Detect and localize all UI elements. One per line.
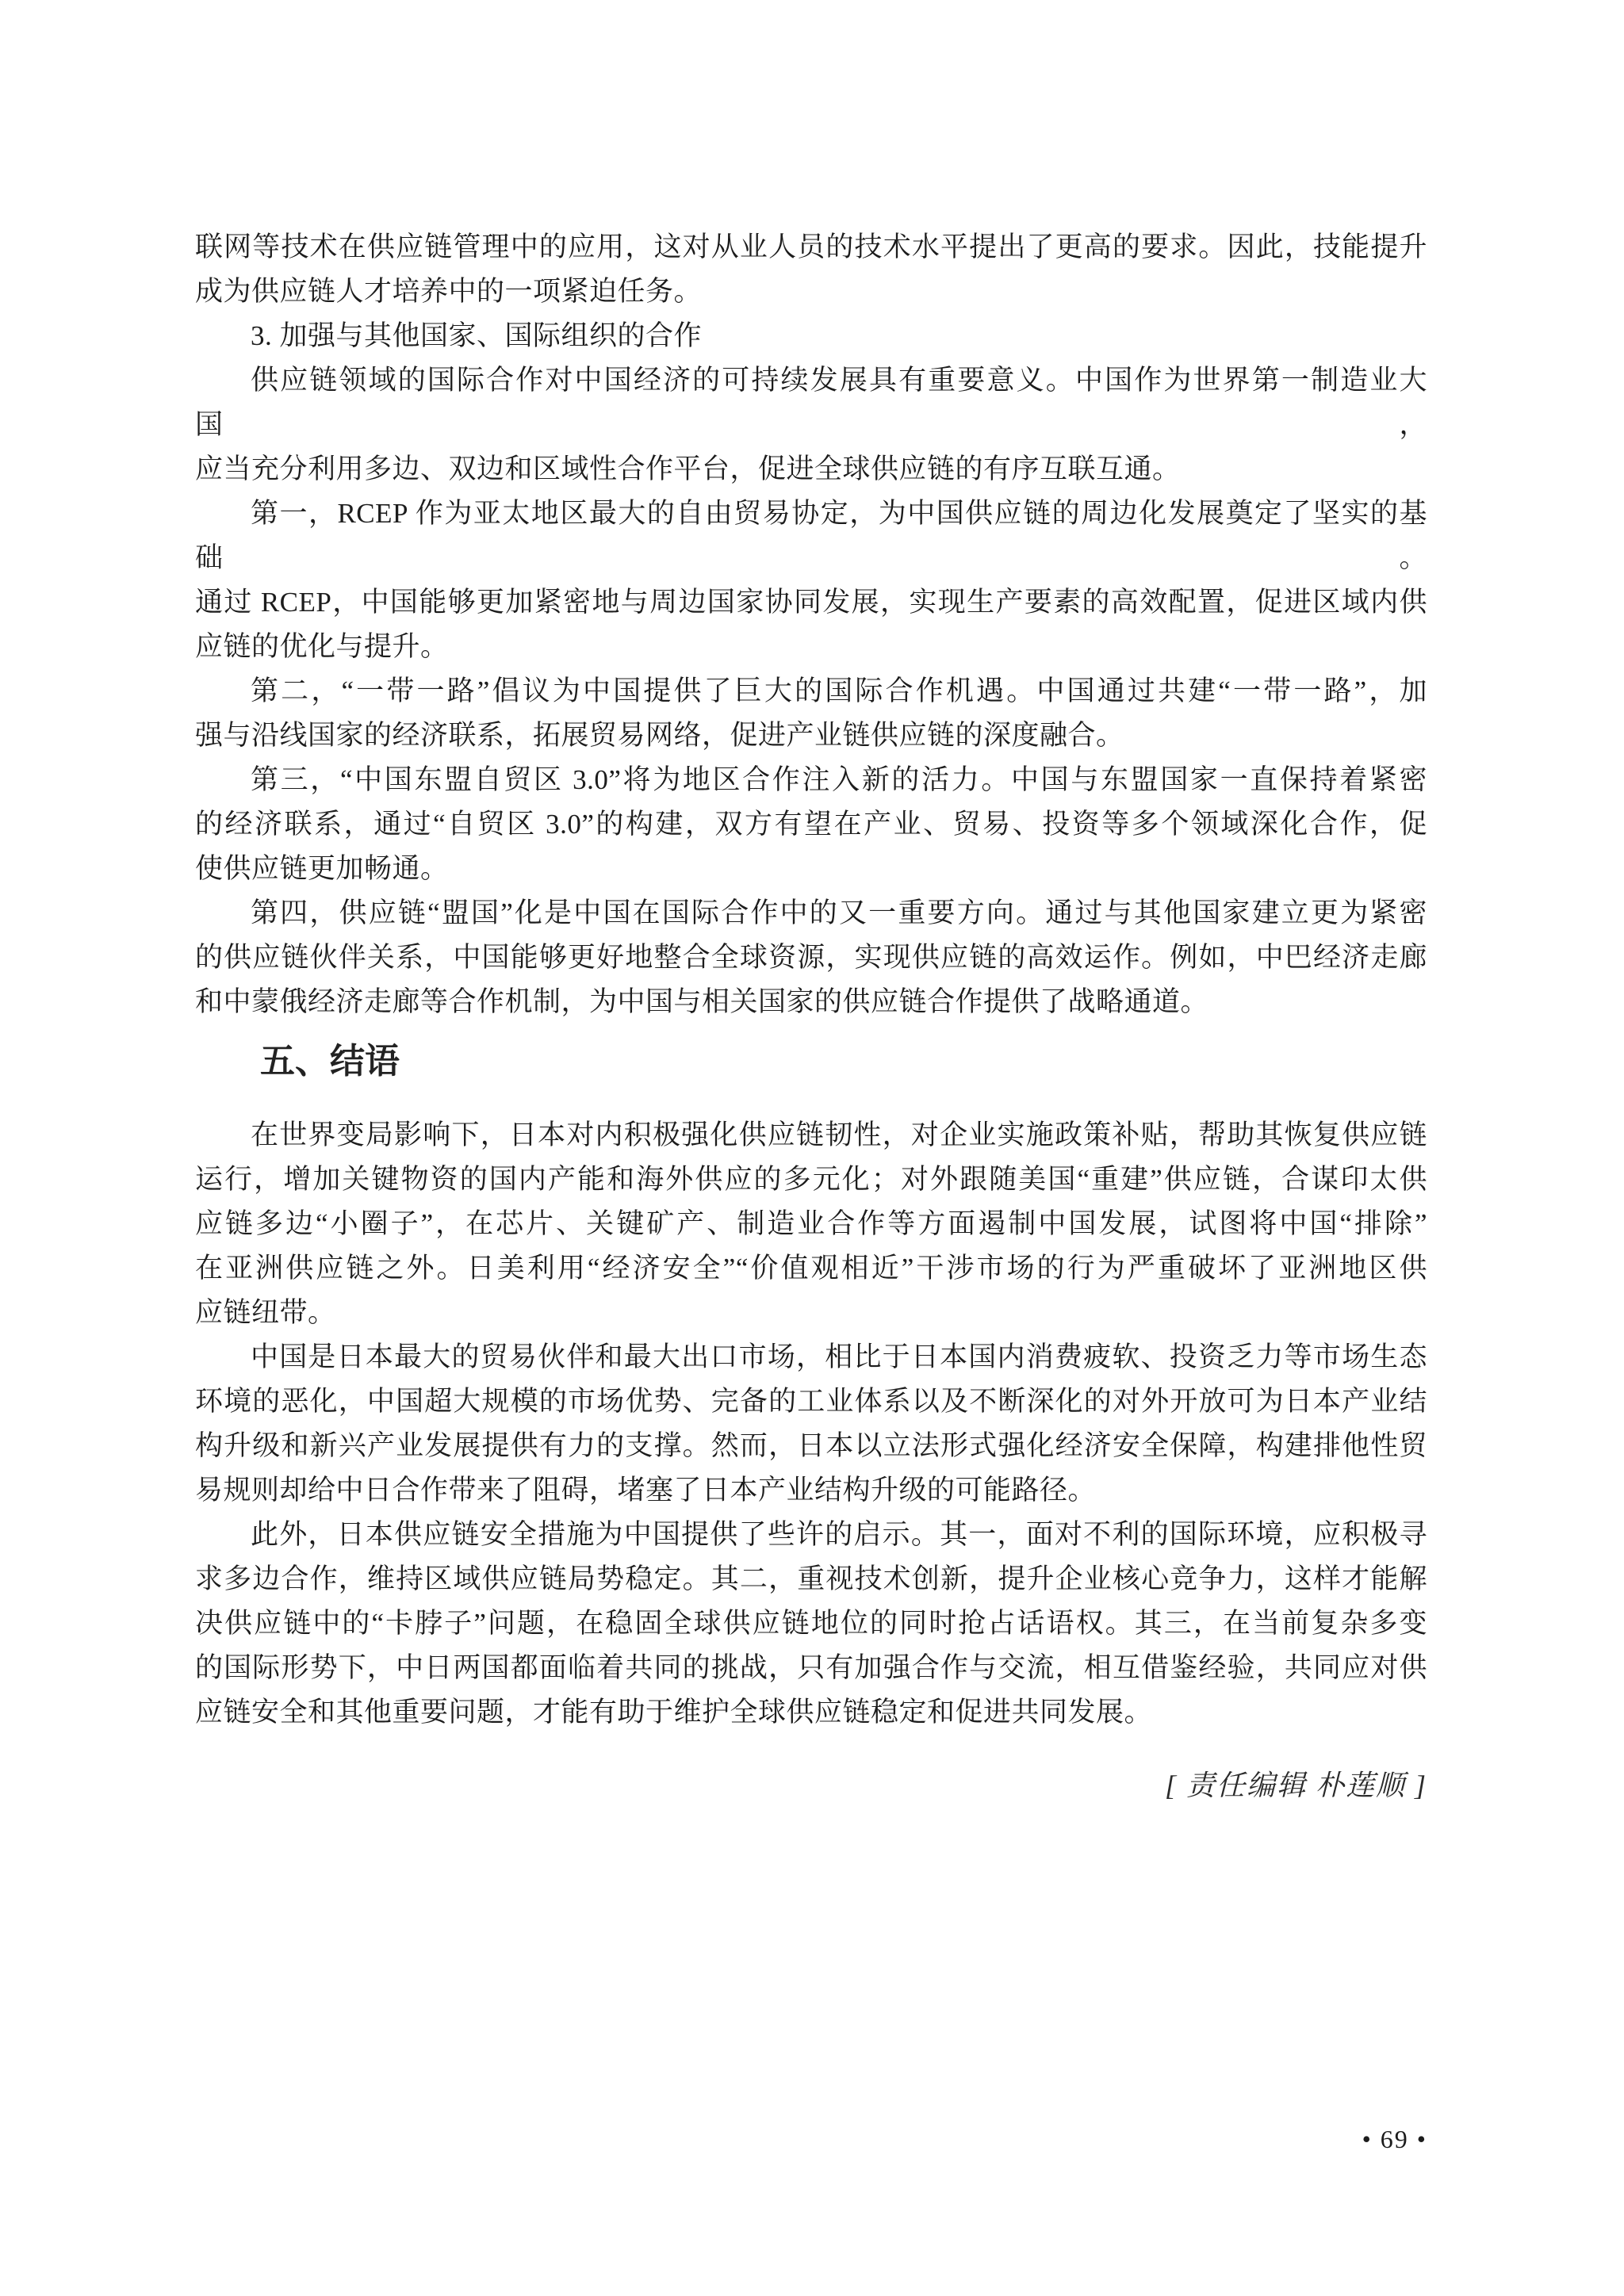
text-line: 成为供应链人才培养中的一项紧迫任务。 [195,270,1427,314]
text-line: 运行，增加关键物资的国内产能和海外供应的多元化；对外跟随美国“重建”供应链，合谋… [195,1158,1427,1202]
text-line: 联网等技术在供应链管理中的应用，这对从业人员的技术水平提出了更高的要求。因此，技… [195,225,1427,270]
paragraph: 第三，“中国东盟自贸区 3.0”将为地区合作注入新的活力。中国与东盟国家一直保持… [195,758,1427,891]
paragraph: 此外，日本供应链安全措施为中国提供了些许的启示。其一，面对不利的国际环境，应积极… [195,1513,1427,1735]
paragraph: 第四，供应链“盟国”化是中国在国际合作中的又一重要方向。通过与其他国家建立更为紧… [195,891,1427,1024]
text-line: 决供应链中的“卡脖子”问题，在稳固全球供应链地位的同时抢占话语权。其三，在当前复… [195,1601,1427,1646]
paragraph: 中国是日本最大的贸易伙伴和最大出口市场，相比于日本国内消费疲软、投资乏力等市场生… [195,1335,1427,1513]
text-line: 第四，供应链“盟国”化是中国在国际合作中的又一重要方向。通过与其他国家建立更为紧… [195,891,1427,936]
paragraph: 第二，“一带一路”倡议为中国提供了巨大的国际合作机遇。中国通过共建“一带一路”，… [195,669,1427,758]
text-line: 的经济联系，通过“自贸区 3.0”的构建，双方有望在产业、贸易、投资等多个领域深… [195,802,1427,847]
text-line: 中国是日本最大的贸易伙伴和最大出口市场，相比于日本国内消费疲软、投资乏力等市场生… [195,1335,1427,1380]
paragraph: 联网等技术在供应链管理中的应用，这对从业人员的技术水平提出了更高的要求。因此，技… [195,225,1427,314]
text-line: 第二，“一带一路”倡议为中国提供了巨大的国际合作机遇。中国通过共建“一带一路”，… [195,669,1427,714]
text-line: 第三，“中国东盟自贸区 3.0”将为地区合作注入新的活力。中国与东盟国家一直保持… [195,758,1427,802]
document-page: 联网等技术在供应链管理中的应用，这对从业人员的技术水平提出了更高的要求。因此，技… [0,0,1624,2296]
text-line: 应链纽带。 [195,1291,1427,1335]
subsection-heading: 3. 加强与其他国家、国际组织的合作 [195,314,1427,358]
article-body: 联网等技术在供应链管理中的应用，这对从业人员的技术水平提出了更高的要求。因此，技… [195,225,1427,1808]
text-line: 供应链领域的国际合作对中国经济的可持续发展具有重要意义。中国作为世界第一制造业大… [195,358,1427,447]
text-line: 在世界变局影响下，日本对内积极强化供应链韧性，对企业实施政策补贴，帮助其恢复供应… [195,1113,1427,1158]
text-line: 的国际形势下，中日两国都面临着共同的挑战，只有加强合作与交流，相互借鉴经验，共同… [195,1646,1427,1690]
text-line: 通过 RCEP，中国能够更加紧密地与周边国家协同发展，实现生产要素的高效配置，促… [195,580,1427,625]
section-heading: 五、结语 [195,1039,1427,1085]
text-line: 易规则却给中日合作带来了阻碍，堵塞了日本产业结构升级的可能路径。 [195,1468,1427,1513]
text-line: 强与沿线国家的经济联系，拓展贸易网络，促进产业链供应链的深度融合。 [195,714,1427,758]
text-line: 应链安全和其他重要问题，才能有助于维护全球供应链稳定和促进共同发展。 [195,1690,1427,1735]
text-line: 和中蒙俄经济走廊等合作机制，为中国与相关国家的供应链合作提供了战略通道。 [195,980,1427,1024]
paragraph: 在世界变局影响下，日本对内积极强化供应链韧性，对企业实施政策补贴，帮助其恢复供应… [195,1113,1427,1335]
text-line: 第一，RCEP 作为亚太地区最大的自由贸易协定，为中国供应链的周边化发展奠定了坚… [195,492,1427,580]
text-line: 在亚洲供应链之外。日美利用“经济安全”“价值观相近”干涉市场的行为严重破坏了亚洲… [195,1246,1427,1291]
text-line: 此外，日本供应链安全措施为中国提供了些许的启示。其一，面对不利的国际环境，应积极… [195,1513,1427,1557]
paragraph: 第一，RCEP 作为亚太地区最大的自由贸易协定，为中国供应链的周边化发展奠定了坚… [195,492,1427,669]
text-line: 应当充分利用多边、双边和区域性合作平台，促进全球供应链的有序互联互通。 [195,447,1427,492]
text-line: 构升级和新兴产业发展提供有力的支撑。然而，日本以立法形式强化经济安全保障，构建排… [195,1424,1427,1468]
text-line: 环境的恶化，中国超大规模的市场优势、完备的工业体系以及不断深化的对外开放可为日本… [195,1380,1427,1424]
paragraph: 供应链领域的国际合作对中国经济的可持续发展具有重要意义。中国作为世界第一制造业大… [195,358,1427,492]
text-line: 应链多边“小圈子”，在芯片、关键矿产、制造业合作等方面遏制中国发展，试图将中国“… [195,1202,1427,1246]
page-number: • 69 • [1362,2123,1427,2155]
text-line: 应链的优化与提升。 [195,625,1427,669]
text-line: 使供应链更加畅通。 [195,847,1427,891]
editor-credit: [ 责任编辑 朴莲顺 ] [195,1763,1427,1808]
text-line: 的供应链伙伴关系，中国能够更好地整合全球资源，实现供应链的高效运作。例如，中巴经… [195,936,1427,980]
text-line: 求多边合作，维持区域供应链局势稳定。其二，重视技术创新，提升企业核心竞争力，这样… [195,1557,1427,1601]
